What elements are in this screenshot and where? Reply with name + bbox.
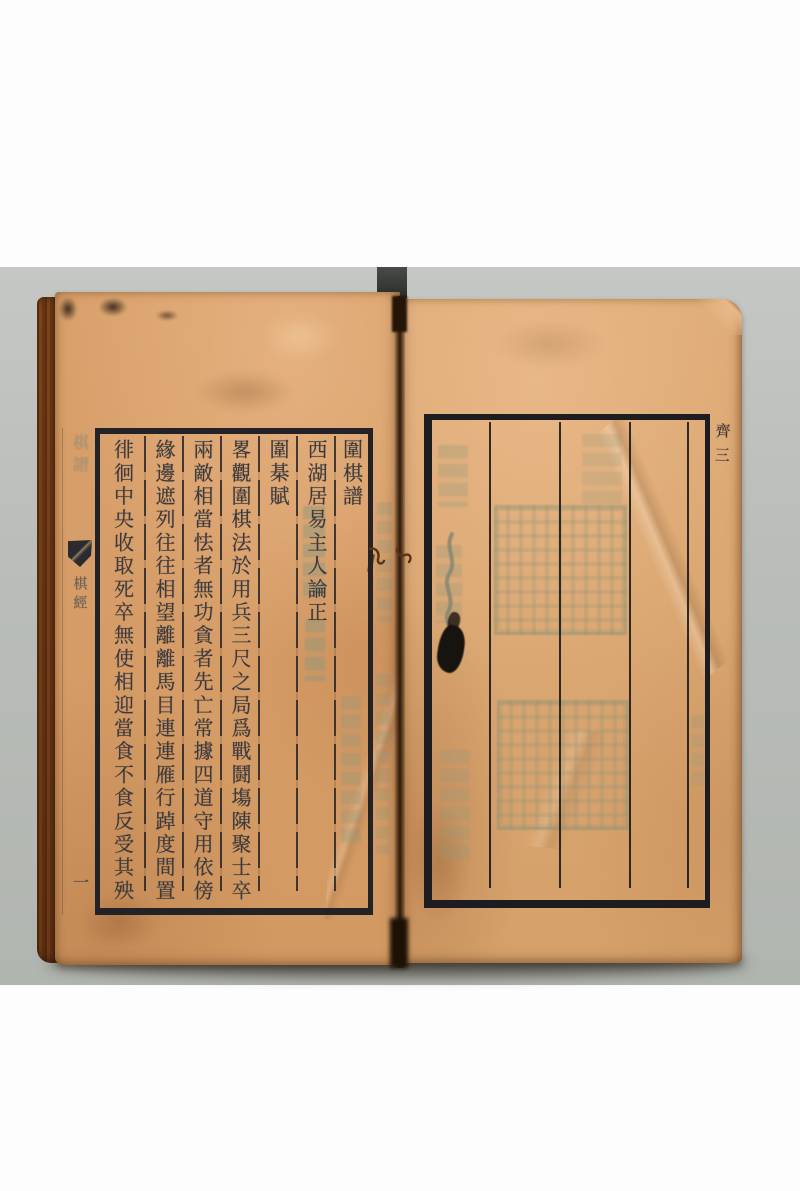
left-page: 棋譜 棋經 一 圍棋譜 西湖居易主人論正: [55, 292, 400, 965]
fishtail-mark: [68, 540, 92, 567]
rule-line: [489, 422, 491, 888]
binding-thread: [368, 543, 416, 569]
fold-margin-page-number: 一: [72, 874, 88, 890]
bleedthrough-text-trace: [376, 674, 390, 854]
paper-highlight: [245, 302, 355, 372]
bleedthrough-text-trace: [440, 750, 470, 862]
bleedthrough-text-trace: [438, 445, 468, 507]
ink-smudge: [93, 294, 133, 320]
section-title-text: 圍棊賦: [268, 439, 288, 509]
rule-line: [687, 422, 689, 888]
left-page-text-frame: 圍棋譜 西湖居易主人論正 圍棊賦 畧觀圍棋法於用兵三尺之局爲戰鬪塲陳聚士卒 兩敵…: [95, 428, 373, 915]
text-column-body-1: 畧觀圍棋法於用兵三尺之局爲戰鬪塲陳聚士卒: [221, 434, 259, 908]
text-column-title: 圍棋譜: [335, 434, 368, 908]
right-page: 齊三: [400, 299, 742, 963]
text-column-section-title: 圍棊賦: [259, 434, 297, 908]
body-text: 徘徊中央收取死卒無使相迎當食不食反受其殃: [113, 439, 133, 903]
scanned-book-spread: 棋譜 棋經 一 圍棋譜 西湖居易主人論正: [0, 0, 800, 1191]
book-title-text: 圍棋譜: [342, 439, 362, 509]
center-gutter-shadow: [394, 296, 405, 968]
water-stain: [470, 309, 630, 379]
text-column-body-4: 徘徊中央收取死卒無使相迎當食不食反受其殃: [100, 434, 145, 908]
body-text: 畧觀圍棋法於用兵三尺之局爲戰鬪塲陳聚士卒: [230, 439, 250, 903]
text-column-body-2: 兩敵相當怯者無功貪者先亡常據四道守用依傍: [183, 434, 221, 908]
body-text: 緣邊遮列往往相望離離馬目連連雁行踔度間置: [154, 439, 174, 903]
fold-margin-section-label: 棋經: [73, 576, 87, 614]
bleedthrough-text-trace: [691, 715, 704, 787]
bleedthrough-seal-lower: [497, 700, 629, 830]
dog-ear-corner: [696, 299, 742, 335]
worn-corner-mark: [55, 292, 81, 326]
gutter-shadow-top: [392, 296, 407, 332]
text-column-body-3: 緣邊遮列往往相望離離馬目連連雁行踔度間置: [145, 434, 183, 908]
fold-margin-column: 棋譜 棋經 一: [62, 428, 96, 915]
text-column-attribution: 西湖居易主人論正: [297, 434, 335, 908]
right-page-ruled-frame: [424, 414, 710, 908]
water-stain: [175, 362, 315, 422]
ink-smudge: [151, 308, 183, 323]
attribution-text: 西湖居易主人論正: [306, 439, 326, 625]
gutter-shadow-bottom: [390, 918, 408, 968]
rule-line: [629, 422, 631, 888]
bleedthrough-text-trace: [582, 434, 622, 504]
rule-line: [559, 422, 561, 888]
handwritten-margin-note: 齊三: [713, 423, 730, 471]
fold-margin-faded-title: 棋譜: [72, 434, 88, 478]
body-text: 兩敵相當怯者無功貪者先亡常據四道守用依傍: [192, 439, 212, 903]
